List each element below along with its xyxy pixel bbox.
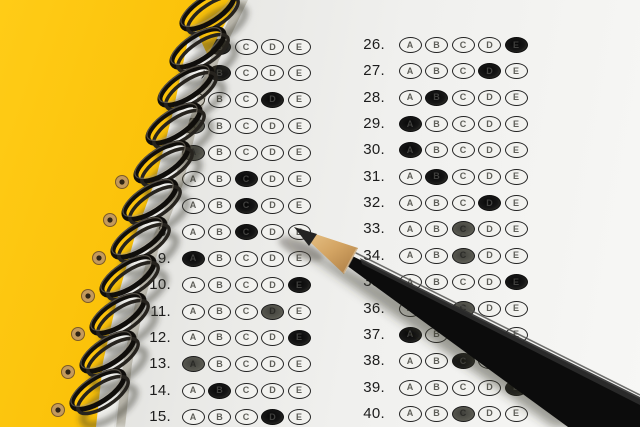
bubble-letter: D [486,251,493,260]
question-number: 38. [363,352,385,369]
answer-bubble-c: C [452,142,475,158]
answer-bubble-e: E [505,327,528,343]
answer-bubble-e-filled: E [505,37,528,53]
answer-bubble-d: D [478,169,501,185]
bubble-letter: D [486,172,493,181]
bubble-letter: C [460,251,467,260]
bubble-letter: A [407,409,414,418]
answer-bubble-b: B [425,380,448,396]
answer-bubble-b: B [425,37,448,53]
bubble-letter: E [513,146,519,155]
bubble-letter: A [407,120,414,129]
answer-bubble-e: E [505,90,528,106]
answer-bubble-e: E [505,406,528,422]
answer-bubble-e: E [505,221,528,237]
answer-bubble-d: D [478,353,501,369]
answer-bubble-a-filled: A [399,116,422,132]
bubble-letter: D [486,278,493,287]
bubble-letter: E [513,278,519,287]
question-number: 26. [363,36,385,53]
question-number: 27. [363,62,385,79]
bubble-letter: C [460,41,467,50]
answer-bubble-c-filled: C [452,353,475,369]
bubble-letter: E [513,199,519,208]
bubble-letter: B [433,146,440,155]
answer-bubble-d: D [478,142,501,158]
bubble-letter: B [433,67,440,76]
answer-bubble-e: E [505,248,528,264]
answer-bubble-a: A [399,63,422,79]
bubble-letter: C [460,199,467,208]
answer-bubble-c: C [452,37,475,53]
answer-bubble-e: E [505,169,528,185]
bubble-letter: E [513,251,519,260]
photo-scene: ABCDEABCDEABCDEABCDEABCDEABCDEABCDE8.ABC… [0,0,640,427]
bubble-letter: C [460,383,467,392]
answer-bubble-b: B [425,274,448,290]
bubble-letter: B [433,120,440,129]
answer-bubble-d: D [478,116,501,132]
bubble-letter: C [460,93,467,102]
answer-bubble-d: D [478,327,501,343]
bubble-letter: D [486,67,493,76]
answer-bubble-e: E [505,116,528,132]
question-number: 39. [363,379,385,396]
bubble-letter: C [460,330,467,339]
bubble-letter: A [407,357,414,366]
bubble-letter: A [407,172,414,181]
answer-bubble-e: E [505,142,528,158]
bubble-letter: E [513,93,519,102]
question-number: 40. [363,405,385,422]
answer-bubble-b: B [425,63,448,79]
answer-bubble-a: A [399,90,422,106]
bubble-letter: A [407,304,414,313]
question-number: 34. [363,247,385,264]
question-number: 29. [363,115,385,132]
bubble-letter: D [486,225,493,234]
answer-bubble-e: E [505,301,528,317]
question-number: 28. [363,89,385,106]
bubble-letter: A [407,330,414,339]
answer-bubble-a: A [399,301,422,317]
answer-bubble-a: A [399,353,422,369]
answer-bubble-c: C [452,116,475,132]
bubble-letter: E [513,172,519,181]
answer-bubble-a: A [399,274,422,290]
answer-bubble-c-filled: C [452,301,475,317]
answer-bubble-a: A [399,406,422,422]
bubble-letter: A [407,146,414,155]
bubble-letter: A [407,67,414,76]
bubble-letter: A [407,225,414,234]
answer-bubble-a-filled: A [399,142,422,158]
bubble-letter: E [513,225,519,234]
answer-bubble-e: E [505,195,528,211]
answer-bubble-b: B [425,195,448,211]
bubble-letter: D [486,304,493,313]
bubble-letter: B [433,199,440,208]
answer-bubble-c-filled: C [452,221,475,237]
question-number: 32. [363,194,385,211]
answer-bubble-d: D [478,221,501,237]
answer-bubble-c-filled: C [452,406,475,422]
bubble-letter: B [433,409,440,418]
bubble-letter: D [486,330,493,339]
answer-bubble-b: B [425,353,448,369]
answer-bubble-d: D [478,380,501,396]
answer-bubble-b: B [425,301,448,317]
bubble-letter: E [513,330,519,339]
bubble-letter: A [407,278,414,287]
bubble-letter: B [433,357,440,366]
bubble-letter: B [433,225,440,234]
bubble-letter: B [433,278,440,287]
answer-bubble-a: A [399,248,422,264]
bubble-letter: B [433,330,440,339]
bubble-letter: A [407,93,414,102]
answer-bubble-b: B [425,116,448,132]
bubble-letter: E [513,357,519,366]
answer-bubble-a: A [399,221,422,237]
bubble-letter: C [460,278,467,287]
answer-bubble-d: D [478,274,501,290]
answer-bubble-b: B [425,327,448,343]
bubble-letter: B [433,251,440,260]
bubble-letter: D [486,120,493,129]
answer-bubble-c: C [452,195,475,211]
bubble-letter: A [407,251,414,260]
answer-bubble-d: D [478,406,501,422]
question-number: 36. [363,300,385,317]
bubble-letter: C [460,357,467,366]
answer-bubble-b: B [425,248,448,264]
question-number: 33. [363,220,385,237]
bubble-letter: A [407,41,414,50]
answer-bubble-d: D [478,37,501,53]
answer-bubble-b: B [425,142,448,158]
answer-bubble-e-filled: E [505,380,528,396]
bubble-letter: E [513,67,519,76]
answer-bubble-b-filled: B [425,169,448,185]
question-number: 35. [363,273,385,290]
bubble-letter: D [486,93,493,102]
bubble-letter: A [407,383,414,392]
answer-bubble-b: B [425,406,448,422]
bubble-letter: C [460,172,467,181]
answer-bubble-c: C [452,327,475,343]
bubble-letter: C [460,225,467,234]
answer-bubble-c: C [452,169,475,185]
bubble-letter: D [486,383,493,392]
question-number: 31. [363,168,385,185]
answer-bubble-d: D [478,301,501,317]
bubble-letter: D [486,409,493,418]
bubble-letter: C [460,146,467,155]
answer-bubble-e-filled: E [505,274,528,290]
bubble-letter: E [513,120,519,129]
bubble-letter: E [513,304,519,313]
answer-bubble-c: C [452,63,475,79]
answer-bubble-a: A [399,169,422,185]
answer-bubble-b-filled: B [425,90,448,106]
answer-bubble-e: E [505,63,528,79]
answer-bubble-c: C [452,380,475,396]
answer-bubble-d-filled: D [478,63,501,79]
bubble-letter: E [513,383,519,392]
bubble-letter: C [460,67,467,76]
bubble-letter: C [460,304,467,313]
bubble-letter: C [460,120,467,129]
bubble-letter: E [513,41,519,50]
question-number: 30. [363,141,385,158]
bubble-letter: D [486,146,493,155]
bubble-letter: E [513,409,519,418]
answer-bubble-a: A [399,195,422,211]
bubble-letter: B [433,93,440,102]
answer-bubble-a: A [399,380,422,396]
answer-bubble-a-filled: A [399,327,422,343]
bubble-letter: B [433,383,440,392]
bubble-letter: B [433,41,440,50]
answer-bubble-c: C [452,90,475,106]
answer-bubble-e: E [505,353,528,369]
bubble-letter: C [460,409,467,418]
answer-bubble-d: D [478,248,501,264]
answer-bubble-d: D [478,90,501,106]
answer-bubble-c: C [452,274,475,290]
answer-bubble-b: B [425,221,448,237]
bubble-letter: B [433,304,440,313]
bubble-letter: A [407,199,414,208]
answer-bubble-a: A [399,37,422,53]
bubble-letter: D [486,41,493,50]
answer-bubble-c-filled: C [452,248,475,264]
answer-bubble-d-filled: D [478,195,501,211]
bubble-letter: D [486,357,493,366]
bubble-letter: D [486,199,493,208]
question-number: 37. [363,326,385,343]
bubble-letter: B [433,172,440,181]
